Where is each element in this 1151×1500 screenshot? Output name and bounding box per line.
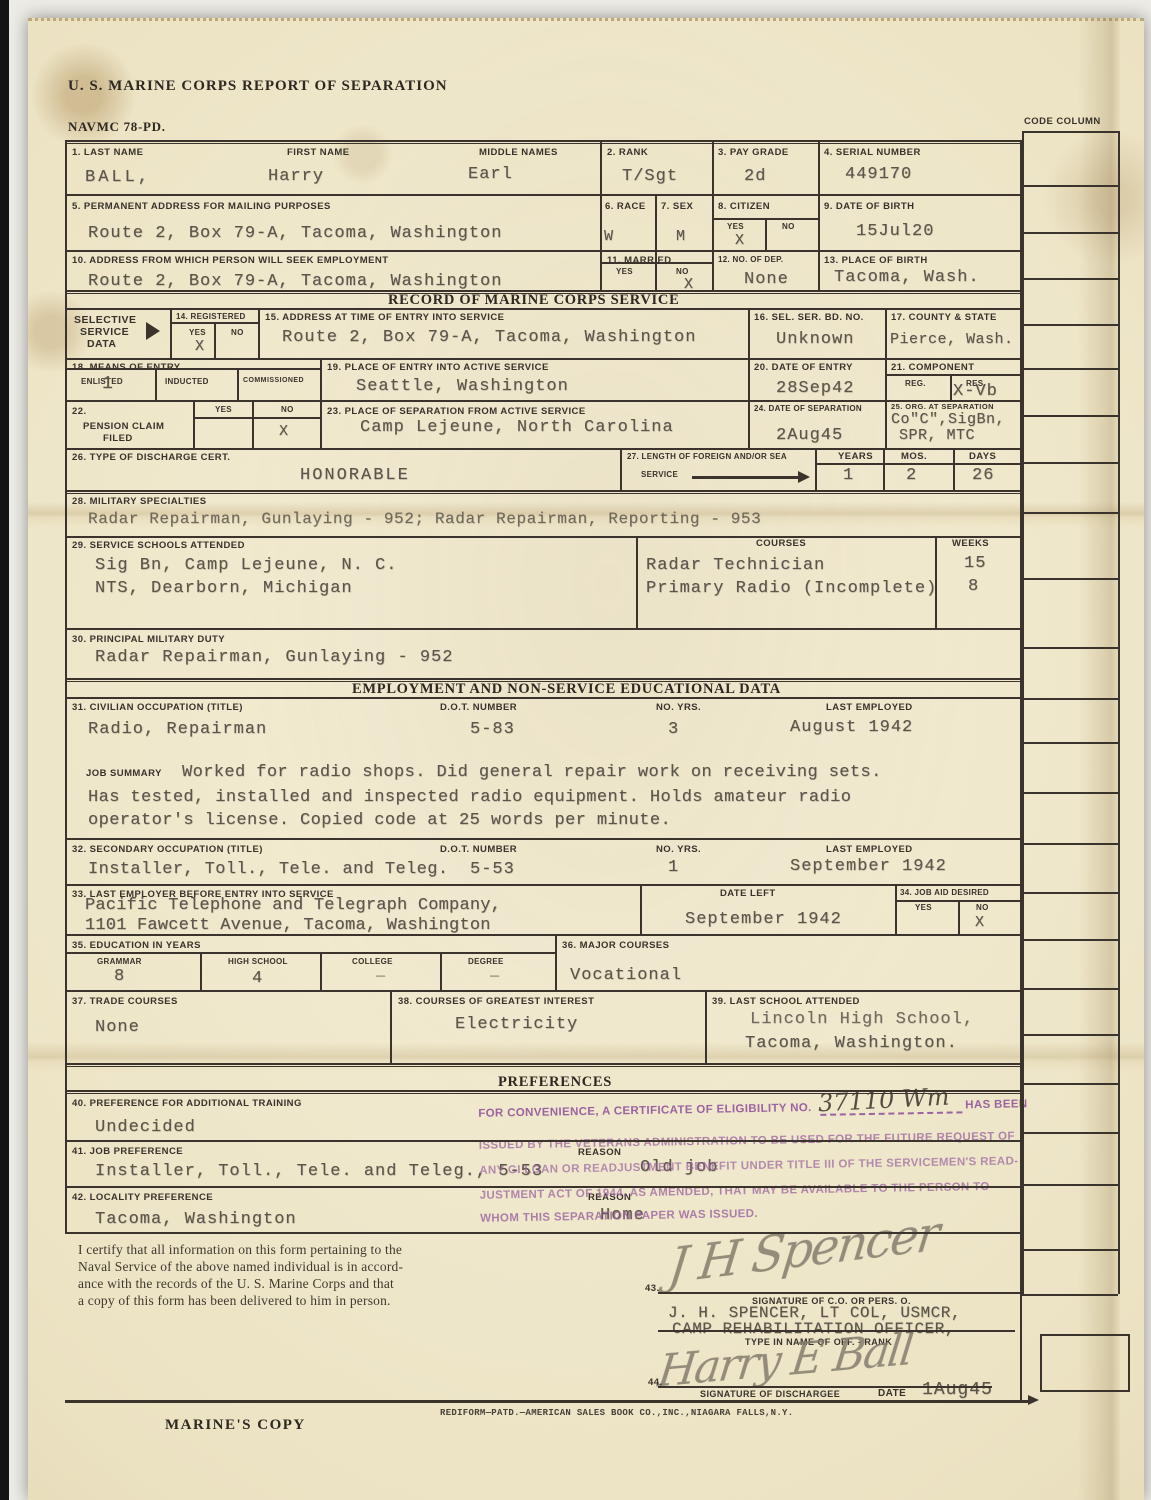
dot-number-header: D.O.T. NUMBER	[440, 702, 517, 713]
field-label-foreign-service-1: 27. LENGTH OF FOREIGN AND/OR SEA	[627, 452, 787, 461]
value-weeks-1: 15	[964, 554, 986, 573]
courses-header: COURSES	[756, 538, 806, 549]
rule-line	[65, 628, 1020, 630]
field-label-org-at-separation: 25. ORG. AT SEPARATION	[891, 402, 994, 411]
value-citizen-yes-x: X	[735, 232, 745, 249]
value-dependents: None	[744, 270, 789, 289]
rule-line	[65, 934, 1020, 936]
registered-no-label: NO	[231, 328, 244, 337]
certification-line1: I certify that all information on this f…	[78, 1242, 402, 1258]
mos-label: MOS.	[901, 451, 927, 462]
component-reg-label: REG.	[905, 379, 926, 388]
weeks-header: WEEKS	[952, 538, 989, 549]
value-pay-grade: 2d	[744, 167, 766, 186]
value-first-name: Harry	[268, 167, 324, 186]
rule-line	[200, 952, 202, 990]
rule-line	[258, 308, 260, 358]
rule-line	[193, 417, 320, 419]
rule-line	[1040, 1334, 1128, 1336]
field-label-last-name: 1. LAST NAME	[72, 147, 143, 158]
job-summary-line1: Worked for radio shops. Did general repa…	[182, 763, 882, 782]
rule-line	[1022, 742, 1118, 744]
rule-line	[1022, 1184, 1118, 1186]
field-label-locality-preference: 42. LOCALITY PREFERENCE	[72, 1192, 213, 1203]
last-employed-header-2: LAST EMPLOYED	[826, 844, 913, 855]
rule-line	[65, 884, 1020, 886]
field-label-training-preference: 40. PREFERENCE FOR ADDITIONAL TRAINING	[72, 1098, 302, 1109]
section-header-service: RECORD OF MARINE CORPS SERVICE	[388, 292, 679, 309]
rule-line	[1022, 792, 1118, 794]
field-label-component: 21. COMPONENT	[891, 362, 974, 373]
value-secondary-occupation: Installer, Toll., Tele. and Teleg.	[88, 860, 448, 879]
field-label-registered: 14. REGISTERED	[176, 312, 246, 321]
rule-line	[883, 448, 885, 490]
field-label-last-school: 39. LAST SCHOOL ATTENDED	[712, 996, 860, 1007]
rule-line	[65, 293, 1020, 294]
rule-line	[65, 400, 1020, 402]
rule-line	[950, 374, 952, 400]
rule-line	[1022, 368, 1118, 370]
value-middle-name: Earl	[468, 165, 513, 184]
citizen-yes-label: YES	[727, 222, 744, 231]
value-sex: M	[676, 228, 686, 245]
value-date-of-separation: 2Aug45	[776, 426, 843, 445]
rule-line	[935, 536, 937, 628]
rule-line	[958, 900, 960, 934]
field-label-sex: 7. SEX	[661, 201, 693, 212]
certification-line3: ance with the records of the U. S. Marin…	[78, 1276, 394, 1292]
rule-line	[658, 1386, 992, 1388]
rule-line	[712, 140, 714, 290]
value-place-of-entry: Seattle, Washington	[356, 377, 569, 396]
rule-line	[1022, 698, 1118, 700]
code-column-label: CODE COLUMN	[1024, 116, 1101, 127]
rule-line	[1022, 131, 1118, 133]
value-course-2: Primary Radio (Incomplete)	[646, 579, 937, 598]
field-label-military-specialties: 28. MILITARY SPECIALTIES	[72, 496, 207, 507]
rule-line	[65, 140, 67, 1232]
value-date-of-birth: 15Jul20	[856, 222, 934, 241]
value-school-2: NTS, Dearborn, Michigan	[95, 579, 353, 598]
commissioned-label: COMMISSIONED	[243, 377, 304, 384]
stamp-line1: FOR CONVENIENCE, A CERTIFICATE OF ELIGIB…	[478, 1102, 812, 1120]
rule-line	[953, 448, 955, 490]
stamp-line3: ANY GI LOAN OR READJUSTMENT BENEFIT UNDE…	[479, 1155, 1018, 1176]
scanned-document-page: U. S. MARINE CORPS REPORT OF SEPARATION …	[0, 0, 1151, 1500]
rule-line	[65, 194, 1020, 196]
rule-line	[214, 322, 216, 358]
rule-line	[65, 448, 1020, 450]
rule-line	[65, 1400, 1030, 1403]
field-label-foreign-service-2: SERVICE	[641, 470, 678, 479]
rule-line	[815, 448, 817, 490]
rule-line	[170, 308, 172, 358]
field-label-sel-ser-bd: 16. SEL. SER. BD. NO.	[754, 312, 864, 323]
value-courses-interest: Electricity	[455, 1015, 578, 1034]
value-serial-number: 449170	[845, 165, 912, 184]
value-employment-address: Route 2, Box 79-A, Tacoma, Washington	[88, 272, 502, 291]
rule-line	[65, 368, 320, 370]
field-label-place-of-separation: 23. PLACE OF SEPARATION FROM ACTIVE SERV…	[327, 406, 586, 417]
value-last-school-line1: Lincoln High School,	[750, 1010, 974, 1029]
rule-line	[252, 400, 254, 448]
no-yrs-header: NO. YRS.	[656, 702, 701, 713]
high-school-label: HIGH SCHOOL	[228, 957, 288, 966]
rule-line	[65, 143, 1020, 144]
value-weeks-2: 8	[968, 577, 979, 596]
field-label-race: 6. RACE	[605, 201, 646, 212]
selective-service-line1: SELECTIVE	[74, 314, 136, 326]
rule-line	[1022, 512, 1118, 514]
field-label-middle-names: MIDDLE NAMES	[479, 147, 558, 158]
rule-line	[65, 290, 1020, 292]
field-label-principal-duty: 30. PRINCIPAL MILITARY DUTY	[72, 634, 225, 645]
field-label-serial-number: 4. SERIAL NUMBER	[824, 147, 921, 158]
value-county-state: Pierce, Wash.	[890, 331, 1014, 348]
field-label-citizen: 8. CITIZEN	[718, 201, 770, 212]
rule-line	[440, 952, 442, 990]
value-date-left: September 1942	[685, 910, 842, 929]
selective-service-line2: SERVICE	[80, 326, 129, 338]
printer-imprint: REDIFORM—PATD.—AMERICAN SALES BOOK CO.,I…	[440, 1408, 793, 1418]
rule-line	[1022, 647, 1118, 649]
field-label-first-name: FIRST NAME	[287, 147, 350, 158]
eligibility-stamp: FOR CONVENIENCE, A CERTIFICATE OF ELIGIB…	[468, 1086, 1050, 1241]
rule-line	[895, 884, 897, 934]
field-label-education: 35. EDUCATION IN YEARS	[72, 940, 201, 951]
field-label-pension-num: 22.	[72, 406, 87, 417]
field-label-place-of-entry: 19. PLACE OF ENTRY INTO ACTIVE SERVICE	[327, 362, 549, 373]
rule-line	[65, 1232, 1020, 1234]
days-label: DAYS	[969, 451, 996, 462]
value-last-school-line2: Tacoma, Washington.	[745, 1034, 958, 1053]
rule-line	[1022, 1294, 1118, 1296]
rule-line	[1022, 1083, 1118, 1085]
value-date-of-entry: 28Sep42	[776, 379, 854, 398]
value-years: 1	[843, 466, 854, 485]
college-label: COLLEGE	[352, 957, 393, 966]
field-label-discharge-cert: 26. TYPE OF DISCHARGE CERT.	[72, 452, 230, 463]
rule-line	[65, 536, 1020, 538]
rule-line	[765, 218, 767, 250]
rule-line	[1022, 892, 1118, 894]
rule-line	[1022, 1132, 1118, 1134]
rule-line	[65, 838, 1020, 840]
value-degree: —	[490, 968, 500, 985]
arrow-right-icon	[798, 471, 810, 483]
value-pension-no-x: X	[279, 423, 289, 440]
rule-line	[1118, 131, 1120, 1294]
value-org-line2: SPR, MTC	[899, 427, 975, 444]
field-label-place-of-birth: 13. PLACE OF BIRTH	[824, 255, 928, 266]
field-label-courses-interest: 38. COURSES OF GREATEST INTEREST	[398, 996, 594, 1007]
rule-line	[65, 990, 1020, 992]
field-label-county-state: 17. COUNTY & STATE	[891, 312, 997, 323]
stamp-line1b: HAS BEEN	[965, 1098, 1027, 1111]
value-trade-courses: None	[95, 1018, 140, 1037]
rule-line	[65, 250, 1020, 252]
date-label: DATE	[878, 1388, 906, 1399]
rule-line	[1022, 843, 1118, 845]
no-yrs-header-2: NO. YRS.	[656, 844, 701, 855]
value-discharge-date: 1Aug45	[922, 1380, 993, 1400]
rule-line	[636, 536, 638, 628]
field-label-pay-grade: 3. PAY GRADE	[718, 147, 789, 158]
field-label-pension-filed: FILED	[103, 433, 133, 444]
field-label-married: 11. MARRIED	[607, 255, 672, 266]
rule-line	[620, 448, 622, 490]
value-grammar: 8	[114, 967, 125, 986]
last-employed-header: LAST EMPLOYED	[826, 702, 913, 713]
field-label-date-of-entry: 20. DATE OF ENTRY	[754, 362, 853, 373]
rule-line	[885, 308, 887, 448]
rule-line	[65, 678, 1020, 680]
value-civilian-yrs: 3	[668, 720, 679, 739]
value-major-courses: Vocational	[570, 966, 682, 985]
value-component-res: X-Vb	[953, 382, 998, 401]
field-label-secondary-occupation: 32. SECONDARY OCCUPATION (TITLE)	[72, 844, 263, 855]
value-enlisted: 1	[102, 374, 114, 394]
arrow-right-icon	[146, 322, 160, 340]
value-locality-preference: Tacoma, Washington	[95, 1210, 297, 1229]
value-training-preference: Undecided	[95, 1118, 196, 1137]
rule-line	[815, 463, 1020, 465]
rule-line	[65, 140, 1020, 142]
rule-line	[818, 140, 820, 290]
value-mos: 2	[906, 466, 917, 485]
rule-line	[658, 1292, 1020, 1294]
job-summary-label: JOB SUMMARY	[86, 768, 162, 779]
value-place-of-birth: Tacoma, Wash.	[834, 268, 980, 287]
certification-line4: a copy of this form has been delivered t…	[78, 1293, 391, 1309]
rule-line	[193, 400, 195, 448]
dot-number-header-2: D.O.T. NUMBER	[440, 844, 517, 855]
rule-line	[65, 493, 1020, 494]
rule-line	[1022, 131, 1024, 1294]
rule-line	[65, 1090, 1020, 1092]
signature-dischargee-caption: SIGNATURE OF DISCHARGEE	[700, 1389, 840, 1399]
rule-line	[1022, 1249, 1118, 1251]
rule-line	[65, 952, 555, 954]
field-label-date-of-separation: 24. DATE OF SEPARATION	[754, 404, 862, 413]
rule-line	[65, 1140, 1020, 1142]
rule-line	[1022, 185, 1118, 187]
rule-line	[1022, 462, 1118, 464]
rule-line	[320, 358, 322, 448]
degree-label: DEGREE	[468, 957, 504, 966]
value-college: —	[376, 968, 386, 985]
field-label-entry-address: 15. ADDRESS AT TIME OF ENTRY INTO SERVIC…	[265, 312, 504, 323]
job-aid-no-label: NO	[976, 903, 989, 912]
value-entry-address: Route 2, Box 79-A, Tacoma, Washington	[282, 328, 696, 347]
value-secondary-yrs: 1	[668, 858, 679, 877]
value-job-aid-no-x: X	[975, 914, 985, 931]
pension-yes-label: YES	[215, 405, 232, 414]
rule-line	[237, 368, 239, 400]
value-place-of-separation: Camp Lejeune, North Carolina	[360, 418, 674, 437]
rule-line	[600, 140, 602, 290]
value-last-employer-line2: 1101 Fawcett Avenue, Tacoma, Washington	[85, 916, 491, 935]
field-label-permanent-address: 5. PERMANENT ADDRESS FOR MAILING PURPOSE…	[72, 201, 331, 212]
date-left-header: DATE LEFT	[720, 888, 776, 899]
value-secondary-dot: 5-53	[470, 860, 515, 879]
field-label-employment-address: 10. ADDRESS FROM WHICH PERSON WILL SEEK …	[72, 255, 389, 266]
certification-line2: Naval Service of the above named individ…	[78, 1259, 403, 1275]
value-registered-yes-x: X	[195, 338, 205, 355]
rule-line	[65, 681, 1020, 682]
marines-copy-label: MARINE'S COPY	[165, 1417, 306, 1434]
rule-line	[655, 196, 657, 290]
rule-line	[65, 1063, 1020, 1065]
section-header-preferences: PREFERENCES	[498, 1074, 612, 1091]
value-days: 26	[972, 466, 994, 485]
stamp-line4: JUSTMENT ACT OF 1944, AS AMENDED, THAT M…	[480, 1181, 990, 1202]
grammar-label: GRAMMAR	[97, 957, 142, 966]
form-title: U. S. MARINE CORPS REPORT OF SEPARATION	[68, 78, 448, 95]
rule-line	[1022, 578, 1118, 580]
stamp-line5: WHOM THIS SEPARATION PAPER WAS ISSUED.	[480, 1208, 758, 1225]
job-aid-yes-label: YES	[915, 903, 932, 912]
married-yes-label: YES	[616, 267, 633, 276]
rule-line	[748, 308, 750, 448]
value-org-line1: Co"C",SigBn,	[891, 411, 1005, 428]
value-last-name: BALL,	[85, 168, 151, 187]
rule-line	[1022, 939, 1118, 941]
scan-edge-strip	[0, 0, 9, 1500]
inducted-label: INDUCTED	[165, 377, 209, 386]
value-last-employer-line1: Pacific Telephone and Telegraph Company,	[85, 896, 501, 915]
field-label-trade-courses: 37. TRADE COURSES	[72, 996, 178, 1007]
field-label-job-preference: 41. JOB PREFERENCE	[72, 1146, 183, 1157]
rule-line	[885, 374, 1020, 376]
value-secondary-last-employed: September 1942	[790, 857, 947, 876]
job-summary-line3: operator's license. Copied code at 25 wo…	[88, 811, 671, 830]
rule-line	[65, 308, 1020, 310]
rule-line	[1040, 1334, 1042, 1392]
field-label-dependents: 12. NO. OF DEP.	[718, 255, 783, 264]
value-civilian-occupation: Radio, Repairman	[88, 720, 267, 739]
form-number: NAVMC 78-PD.	[68, 119, 166, 135]
value-course-1: Radar Technician	[646, 556, 825, 575]
rule-line	[1040, 1390, 1128, 1392]
rule-line	[65, 1066, 1020, 1067]
rule-line	[390, 990, 392, 1063]
rule-line	[705, 990, 707, 1063]
years-label: YEARS	[838, 451, 873, 462]
field-label-civilian-occupation: 31. CIVILIAN OCCUPATION (TITLE)	[72, 702, 243, 713]
value-principal-duty: Radar Repairman, Gunlaying - 952	[95, 648, 453, 667]
value-military-specialties: Radar Repairman, Gunlaying - 952; Radar …	[88, 510, 761, 528]
rule-line	[640, 884, 642, 934]
registered-yes-label: YES	[189, 328, 206, 337]
section-header-employment: EMPLOYMENT AND NON-SERVICE EDUCATIONAL D…	[352, 681, 781, 698]
rule-line	[65, 358, 1020, 360]
selective-service-line3: DATA	[87, 338, 116, 350]
value-sel-ser-bd: Unknown	[776, 330, 854, 349]
value-school-1: Sig Bn, Camp Lejeune, N. C.	[95, 556, 397, 575]
value-permanent-address: Route 2, Box 79-A, Tacoma, Washington	[88, 224, 502, 243]
rule-line	[1022, 324, 1118, 326]
rule-line	[1022, 278, 1118, 280]
value-high-school: 4	[252, 969, 263, 988]
rule-line	[65, 1186, 1020, 1188]
value-race: W	[604, 228, 614, 245]
rule-line	[1128, 1334, 1130, 1392]
rule-line	[1022, 988, 1118, 990]
married-no-label: NO	[676, 267, 689, 276]
arrow-line	[692, 476, 800, 479]
rule-line	[1022, 232, 1118, 234]
field-label-rank: 2. RANK	[607, 147, 648, 158]
rule-line	[65, 1093, 1020, 1094]
rule-line	[1022, 415, 1118, 417]
rule-line	[658, 1330, 1015, 1332]
rule-line	[320, 952, 322, 990]
field-label-service-schools: 29. SERVICE SCHOOLS ATTENDED	[72, 540, 245, 551]
value-discharge-cert: HONORABLE	[300, 466, 410, 485]
field-label-job-aid: 34. JOB AID DESIRED	[900, 888, 989, 897]
job-summary-line2: Has tested, installed and inspected radi…	[88, 788, 851, 807]
value-civilian-last-employed: August 1942	[790, 718, 913, 737]
rule-line	[155, 368, 157, 400]
rule-line	[1022, 1034, 1118, 1036]
rule-line	[65, 697, 1020, 699]
field-label-major-courses: 36. MAJOR COURSES	[562, 940, 669, 951]
citizen-no-label: NO	[782, 222, 795, 231]
field-label-date-of-birth: 9. DATE OF BIRTH	[824, 201, 914, 212]
rule-line	[65, 490, 1020, 492]
rule-line	[555, 934, 557, 990]
value-rank: T/Sgt	[622, 167, 678, 186]
field-label-pension-claim: PENSION CLAIM	[83, 421, 164, 432]
pension-no-label: NO	[281, 405, 294, 414]
value-civilian-dot: 5-83	[470, 720, 515, 739]
